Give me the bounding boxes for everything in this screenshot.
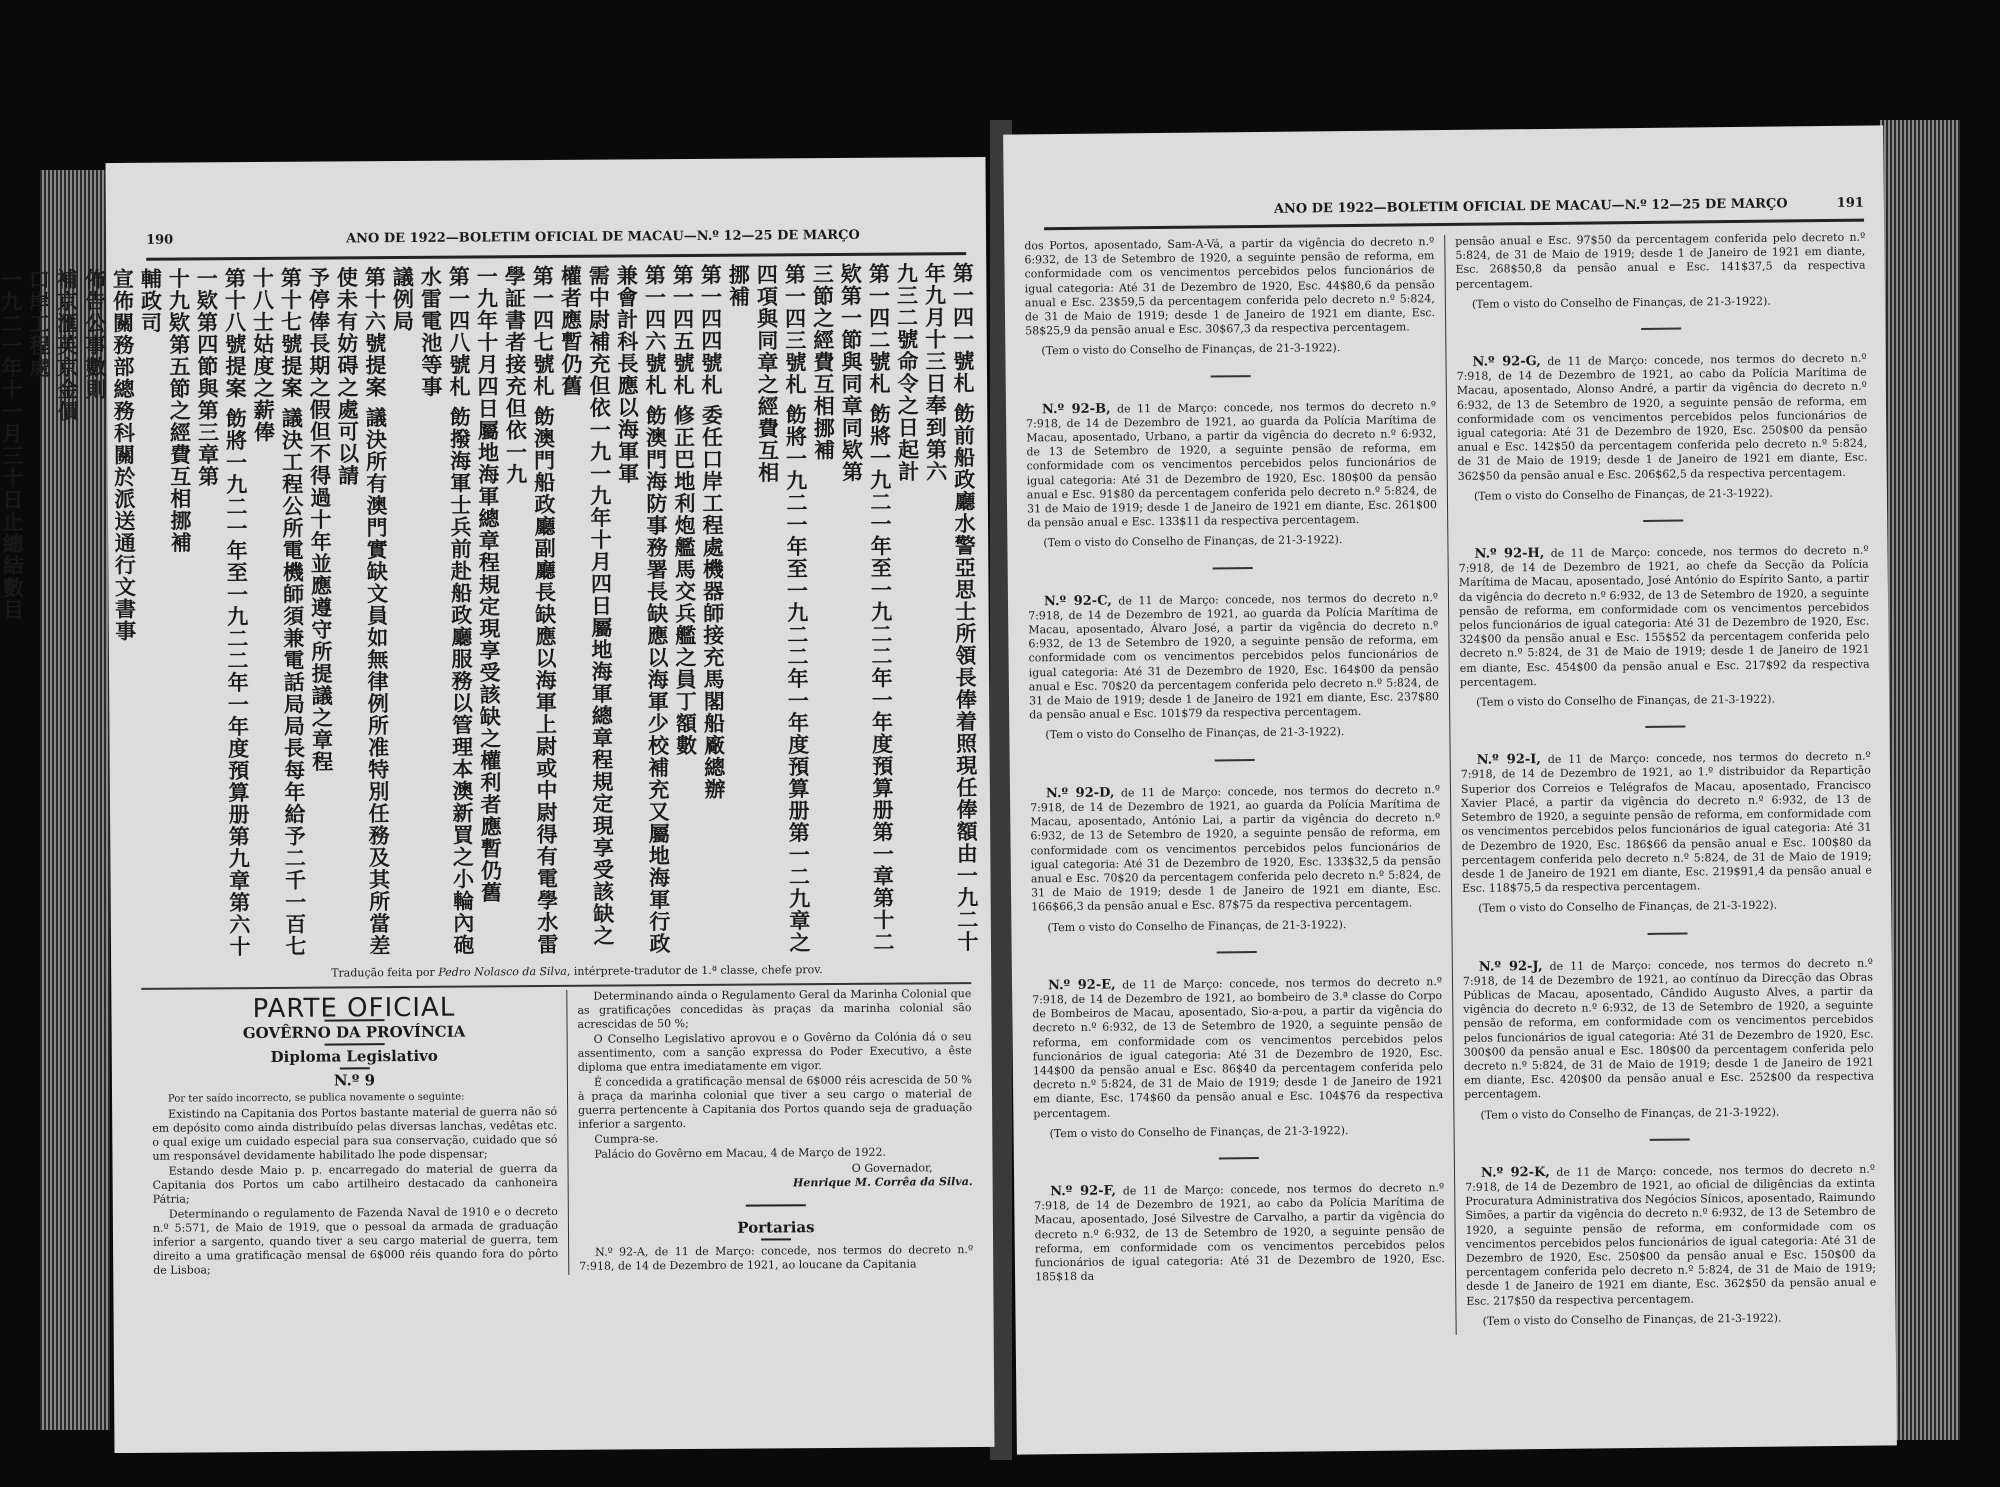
chinese-column: 需中尉補充但依一九一九年十月四日屬地海軍總章程規定現享受該缺之權者應暫仍舊 — [556, 265, 617, 965]
continued-entry: dos Portos, aposentado, Sam-A-Vá, a part… — [1024, 235, 1435, 339]
chinese-translation-block: 第一四一號札 飭前船政廳水警亞思士所領長俸着照現任俸額由一九二十年九月十三日奉到… — [136, 262, 981, 968]
chinese-column: 第一四八號札 飭撥海軍士兵前赴船政廳服務以管理本澳新買之小輪內砲水雷電池等事 — [416, 266, 477, 966]
diploma-number: N.º 9 — [152, 1072, 557, 1089]
diploma-paragraph: É concedida a gratificação mensal de 6$0… — [578, 1073, 972, 1132]
page-191: ANO DE 1922—BOLETIM OFICIAL DE MACAU—N.º… — [1003, 125, 1897, 1454]
chinese-column: 予停俸長期之假但不得過十年並應遵守所提議之章程 — [304, 267, 337, 967]
chinese-column: 一九年十月四日屬地海軍總章程規定現享受該缺之權利者應暫仍舊 — [472, 265, 505, 965]
portaria-92a: N.º 92-A, de 11 de Março: concede, nos t… — [579, 1243, 973, 1274]
portaria-number: N.º 92-H, — [1474, 546, 1544, 562]
visto-note: (Tem o visto do Conselho de Finanças, de… — [1460, 692, 1870, 710]
visto-note: (Tem o visto do Conselho de Finanças, de… — [1464, 1104, 1874, 1122]
portaria-entry: N.º 92-I, de 11 de Março: concede, nos t… — [1461, 750, 1872, 896]
chinese-column: 第十八號提案 飭將一九二一年至一九二二年一年度預算册第九章第六十一欵第四節與第三… — [192, 267, 253, 967]
official-column-left: PARTE OFICIAL GOVÊRNO DA PROVÍNCIA Diplo… — [151, 990, 558, 1279]
portaria-number: N.º 92-G, — [1472, 354, 1540, 370]
visto-note: (Tem o visto do Conselho de Finanças, de… — [1462, 898, 1872, 916]
visto-note: (Tem o visto do Conselho de Finanças, de… — [1458, 485, 1868, 503]
chinese-column: 第一四七號札 飭澳門船政廳副廳長缺應以海軍上尉或中尉得有電學水雷學証書者接充但依… — [500, 265, 561, 965]
portaria-number: N.º 92-F, — [1050, 1183, 1116, 1199]
entry-separator — [1650, 1138, 1690, 1140]
entry-separator — [1643, 520, 1683, 522]
visto-note: (Tem o visto do Conselho de Finanças, de… — [1025, 341, 1435, 359]
chinese-column: 宣佈關務部總務科關於派送通行文書事 — [108, 268, 141, 968]
entry-separator — [1211, 375, 1251, 377]
chinese-column: 三節之經費互相挪補 — [808, 263, 841, 963]
chinese-column: 一九二一年十一月三十日止總結數目 — [0, 269, 29, 969]
page-number: 191 — [1837, 196, 1864, 211]
portaria-number: N.º 92-K, — [1481, 1165, 1550, 1181]
diploma-paragraphs-left: Existindo na Capitania dos Portos bastan… — [152, 1105, 558, 1278]
portaria-number: N.º 92-C, — [1044, 593, 1112, 609]
page-190: 190 ANO DE 1922—BOLETIM OFICIAL DE MACAU… — [106, 157, 995, 1453]
section-title: PARTE OFICIAL — [151, 1000, 556, 1017]
portarias-column-b: pensão anual e Esc. 97$50 da percentagem… — [1444, 231, 1876, 1335]
continued-entry: pensão anual e Esc. 97$50 da percentagem… — [1455, 231, 1866, 292]
diploma-paragraph: O Conselho Legislativo aprovou e o Govêr… — [578, 1030, 972, 1075]
chinese-column: 九三二號命令之日起計 — [892, 262, 925, 962]
portaria-entry: N.º 92-C, de 11 de Março: concede, nos t… — [1028, 591, 1439, 723]
diploma-heading: Diploma Legislativo — [152, 1048, 557, 1065]
diploma-paragraphs-right: Determinando ainda o Regulamento Geral d… — [577, 987, 972, 1162]
chinese-column: 第一四四號札 委任口岸工程處機器師接充馬閣船廠總辦 — [696, 264, 729, 964]
portaria-entry: N.º 92-G, de 11 de Março: concede, nos t… — [1456, 352, 1867, 484]
entry-separator — [1219, 1157, 1259, 1159]
entry-separator — [1217, 951, 1257, 953]
portaria-number: N.º 92-E, — [1048, 977, 1116, 993]
portaria-number: N.º 92-D, — [1046, 785, 1115, 801]
diploma-paragraph: Estando desde Maio p. p. encarregado do … — [153, 1162, 558, 1207]
chinese-column: 第十六號提案 議決所有澳門實缺文員如無律例所准特別任務及其所當差使未有妨碍之處可… — [332, 266, 393, 966]
chinese-column: 補京滙英京金價 — [52, 268, 85, 968]
visto-note: (Tem o visto do Conselho de Finanças, de… — [1456, 293, 1866, 311]
diploma-paragraph: Existindo na Capitania dos Portos bastan… — [152, 1105, 557, 1164]
chinese-column: 第一四二號札 飭將一九二一年至一九二二年一年度預算册第一章第十二欵第一節與同章同… — [836, 263, 897, 963]
running-title: ANO DE 1922—BOLETIM OFICIAL DE MACAU—N.º… — [1274, 196, 1788, 216]
portarias-heading: Portarias — [579, 1219, 973, 1236]
government-heading: GOVÊRNO DA PROVÍNCIA — [152, 1024, 557, 1041]
page-number: 190 — [146, 233, 173, 248]
visto-note: (Tem o visto do Conselho de Finanças, de… — [1034, 1123, 1444, 1141]
portaria-entry: N.º 92-E, de 11 de Março: concede, nos t… — [1032, 975, 1443, 1121]
chinese-column: 十九欵第五節之經費互相挪補 — [164, 267, 197, 967]
portarias-column-a: dos Portos, aposentado, Sam-A-Vá, a part… — [1024, 235, 1445, 1286]
chinese-column: 第十七號提案 議決工程公所電機師須兼電話局局長每年給予二千一百七十八士姑度之薪俸 — [248, 267, 309, 967]
chinese-column: 第一四六號札 飭澳門海防事務署長缺應以海軍少校補充又屬地海軍行政兼會計科長應以海… — [612, 264, 673, 964]
entry-separator — [1645, 726, 1685, 728]
chinese-column: 第一四五號札 修正巴地利炮艦馬交兵艦之員丁額數 — [668, 264, 701, 964]
chinese-column: 第一四一號札 飭前船政廳水警亞思士所領長俸着照現任俸額由一九二十年九月十三日奉到… — [920, 262, 981, 962]
diploma-paragraph: Determinando o regulamento de Fazenda Na… — [153, 1205, 558, 1278]
chinese-column: 佈告公事數則 — [80, 268, 113, 968]
visto-note: (Tem o visto do Conselho de Finanças, de… — [1466, 1310, 1876, 1328]
running-title: ANO DE 1922—BOLETIM OFICIAL DE MACAU—N.º… — [346, 228, 860, 247]
diploma-intro: Por ter saído incorrecto, se publica nov… — [152, 1090, 557, 1107]
diploma-paragraph: Determinando ainda o Regulamento Geral d… — [577, 987, 971, 1032]
entry-separator — [1215, 759, 1255, 761]
visto-note: (Tem o visto do Conselho de Finanças, de… — [1029, 725, 1439, 743]
portaria-number: N.º 92-B, — [1042, 401, 1111, 417]
translator-note: Tradução feita por Pedro Nolasco da Silv… — [331, 963, 823, 979]
visto-note: (Tem o visto do Conselho de Finanças, de… — [1031, 917, 1441, 935]
portaria-entry: N.º 92-K, de 11 de Março: concede, nos t… — [1465, 1162, 1876, 1308]
portaria-number: N.º 92-J, — [1479, 959, 1543, 975]
portaria-entry: N.º 92-F, de 11 de Março: concede, nos t… — [1034, 1181, 1445, 1285]
official-column-right: Determinando ainda o Regulamento Geral d… — [566, 987, 973, 1275]
visto-note: (Tem o visto do Conselho de Finanças, de… — [1027, 533, 1437, 551]
chinese-column: 口岸工程處 — [24, 268, 57, 968]
signature-name: Henrique M. Corrêa da Silva. — [579, 1175, 973, 1192]
running-header: 190 ANO DE 1922—BOLETIM OFICIAL DE MACAU… — [146, 227, 966, 255]
entry-separator — [1648, 932, 1688, 934]
diploma-paragraph: Cumpra-se. — [578, 1130, 972, 1147]
chinese-column: 第一四三號札 飭將一九二一年至一九二二年一年度預算册第一二九章之四項與同章之經費… — [752, 263, 813, 963]
portaria-entry: N.º 92-H, de 11 de Março: concede, nos t… — [1458, 544, 1869, 690]
portaria-entry: N.º 92-J, de 11 de Março: concede, nos t… — [1463, 956, 1874, 1102]
diploma-paragraph: Palácio do Govêrno em Macau, 4 de Março … — [578, 1145, 972, 1162]
portaria-entry: N.º 92-B, de 11 de Março: concede, nos t… — [1026, 399, 1437, 531]
portaria-number: N.º 92-I, — [1477, 752, 1541, 768]
portaria-entry: N.º 92-D, de 11 de Março: concede, nos t… — [1030, 783, 1441, 915]
entry-separator — [1641, 328, 1681, 330]
entry-separator — [1213, 567, 1253, 569]
